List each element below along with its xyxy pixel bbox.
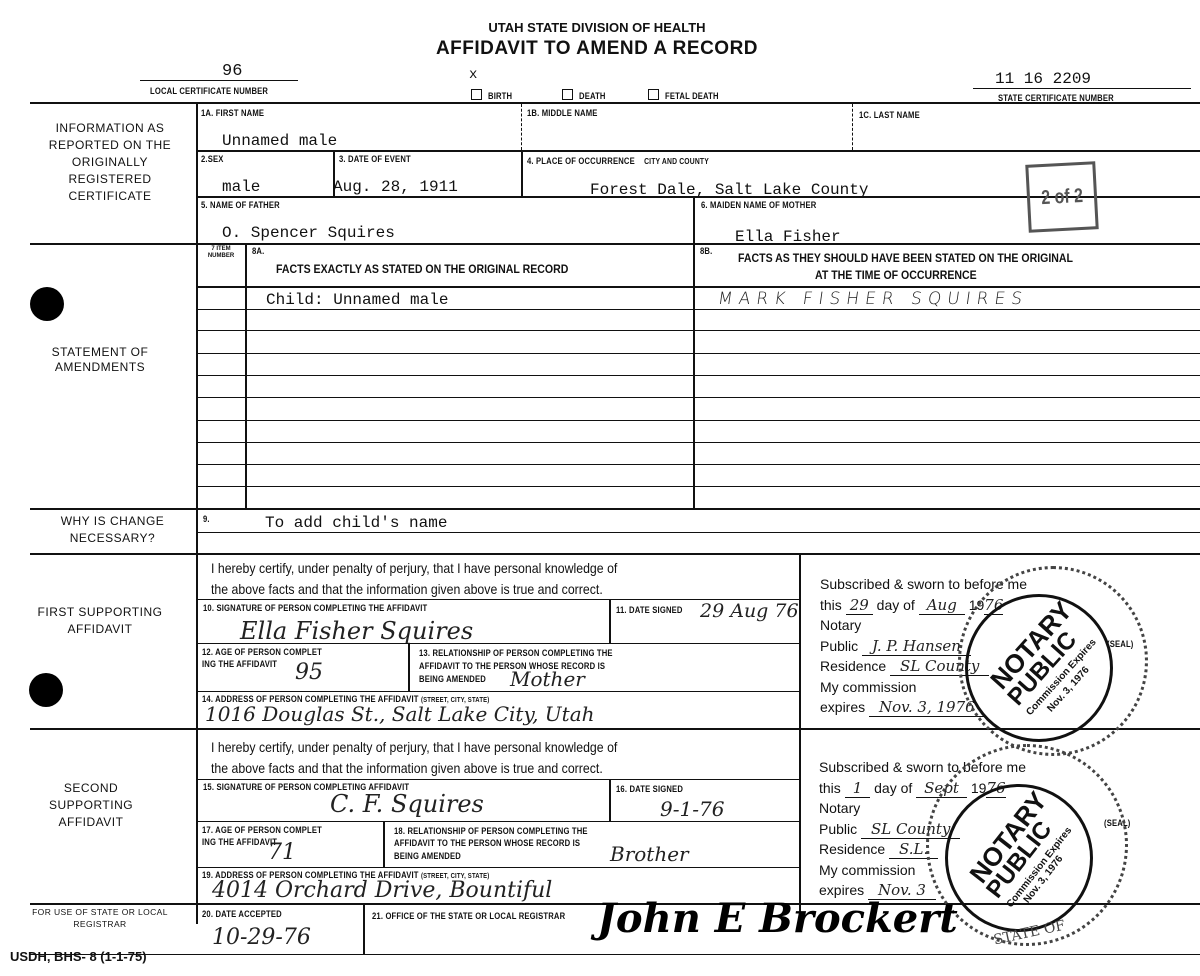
certification-line-1: I hereby certify, under penalty of perju… [211, 558, 617, 579]
relationship-label-cont: BEING AMENDED [394, 851, 461, 861]
divider [140, 80, 298, 81]
divider [196, 691, 800, 692]
signature-value: Ella Fisher Squires [240, 617, 473, 645]
relationship-value: Mother [510, 667, 585, 691]
divider [30, 954, 1200, 955]
section-label-amendments: STATEMENT OF AMENDMENTS [30, 345, 170, 375]
signature-label: 10. SIGNATURE OF PERSON COMPLETING THE A… [203, 603, 427, 613]
certification-line-1: I hereby certify, under penalty of perju… [211, 737, 617, 758]
divider [30, 508, 1200, 510]
date-accepted-value: 10-29-76 [212, 925, 311, 950]
divider [383, 821, 385, 867]
certification-line-2: the above facts and that the information… [211, 758, 603, 779]
divider [30, 553, 1200, 555]
date-signed-label: 16. DATE SIGNED [616, 784, 683, 794]
certification-line-2: the above facts and that the information… [211, 579, 603, 600]
address-value: 4014 Orchard Drive, Bountiful [212, 878, 552, 903]
reason-value: To add child's name [265, 514, 447, 532]
divider [196, 102, 198, 924]
age-value: 71 [268, 840, 296, 865]
local-certificate-label: LOCAL CERTIFICATE NUMBER [150, 86, 268, 96]
fetal-death-checkbox[interactable] [648, 89, 659, 100]
divider [30, 102, 1200, 104]
divider [196, 442, 1200, 443]
age-value: 95 [295, 660, 323, 685]
divider [408, 643, 410, 691]
col-b-header-line2: AT THE TIME OF OCCURRENCE [815, 268, 977, 282]
age-label: 12. AGE OF PERSON COMPLET [202, 647, 322, 657]
divider [973, 88, 1191, 89]
divider [196, 464, 1200, 465]
divider [852, 104, 853, 150]
col-a-number: 8A. [252, 246, 264, 256]
form-id: USDH, BHS- 8 (1-1-75) [10, 949, 147, 964]
local-certificate-number: 96 [222, 62, 242, 81]
sex-value: male [222, 178, 260, 196]
relationship-value: Brother [610, 842, 689, 866]
sex-label: 2.SEX [201, 154, 224, 164]
date-accepted-label: 20. DATE ACCEPTED [202, 909, 282, 919]
date-signed-value: 29 Aug 76 [700, 600, 799, 622]
page-count-stamp: 2 of 2 [1025, 161, 1098, 233]
form-title: AFFIDAVIT TO AMEND A RECORD [0, 38, 1194, 60]
divider [196, 330, 1200, 331]
signature-value: C. F. Squires [330, 790, 484, 818]
divider [363, 903, 365, 955]
first-name-label: 1A. FIRST NAME [201, 108, 264, 118]
middle-name-label: 1B. MIDDLE NAME [527, 108, 598, 118]
divider [196, 867, 800, 868]
first-name-value: Unnamed male [222, 132, 337, 150]
amendment-row-corrected: MARK FISHER SQUIRES [717, 289, 1030, 309]
item-number-label: 7 ITEM NUMBER [199, 246, 243, 260]
date-signed-label: 11. DATE SIGNED [616, 605, 683, 615]
section-label-first-affidavit: FIRST SUPPORTING AFFIDAVIT [30, 604, 170, 638]
date-of-event-value: Aug. 28, 1911 [333, 178, 458, 196]
divider [521, 104, 522, 150]
divider [196, 397, 1200, 398]
section-label-original: INFORMATION AS REPORTED ON THE ORIGINALL… [30, 120, 190, 205]
divider [196, 779, 800, 780]
record-type-mark: x [469, 67, 477, 83]
divider [30, 243, 1200, 245]
age-label: 17. AGE OF PERSON COMPLET [202, 825, 322, 835]
section-label-registrar: FOR USE OF STATE OR LOCAL REGISTRAR [30, 906, 170, 930]
last-name-label: 1C. LAST NAME [859, 110, 920, 120]
state-certificate-number: 11 16 2209 [995, 70, 1091, 88]
divider [196, 286, 1200, 288]
registrar-office-label: 21. OFFICE OF THE STATE OR LOCAL REGISTR… [372, 911, 565, 921]
divider [196, 486, 1200, 487]
registrar-signature: John E Brockert [597, 895, 958, 942]
divider [521, 150, 523, 196]
divider [609, 599, 611, 643]
father-label: 5. NAME OF FATHER [201, 200, 280, 210]
binder-hole [30, 287, 64, 321]
place-value: Forest Dale, Salt Lake County [590, 181, 868, 199]
col-b-number: 8B. [700, 246, 712, 256]
date-of-event-label: 3. DATE OF EVENT [339, 154, 411, 164]
divider [799, 553, 801, 924]
relationship-label-cont: AFFIDAVIT TO THE PERSON WHOSE RECORD IS [394, 838, 580, 848]
divider [196, 420, 1200, 421]
relationship-label: 18. RELATIONSHIP OF PERSON COMPLETING TH… [394, 826, 588, 836]
section-label-reason: WHY IS CHANGE NECESSARY? [30, 513, 195, 547]
age-label-cont: ING THE AFFIDAVIT [202, 837, 277, 847]
col-b-header-line1: FACTS AS THEY SHOULD HAVE BEEN STATED ON… [738, 251, 1073, 265]
birth-checkbox[interactable] [471, 89, 482, 100]
place-label: 4. PLACE OF OCCURRENCE CITY AND COUNTY [527, 156, 709, 166]
divider [196, 821, 800, 822]
agency-name: UTAH STATE DIVISION OF HEALTH [0, 20, 1194, 35]
mother-value: Ella Fisher [735, 228, 841, 246]
relationship-label-cont: BEING AMENDED [419, 674, 486, 684]
divider [196, 353, 1200, 354]
father-value: O. Spencer Squires [222, 224, 395, 242]
divider [693, 196, 695, 244]
date-signed-value: 9-1-76 [660, 797, 724, 821]
col-a-header: FACTS EXACTLY AS STATED ON THE ORIGINAL … [276, 262, 568, 276]
divider [196, 643, 800, 644]
divider [196, 532, 1200, 533]
divider [196, 375, 1200, 376]
mother-label: 6. MAIDEN NAME OF MOTHER [701, 200, 816, 210]
age-label-cont: ING THE AFFIDAVIT [202, 659, 277, 669]
section-label-second-affidavit: SECOND SUPPORTING AFFIDAVIT [30, 780, 152, 831]
relationship-label: 13. RELATIONSHIP OF PERSON COMPLETING TH… [419, 648, 613, 658]
divider [196, 150, 1200, 152]
divider [196, 309, 1200, 310]
reason-number: 9. [203, 514, 210, 524]
divider [609, 779, 611, 821]
binder-hole [29, 673, 63, 707]
amendment-row-original: Child: Unnamed male [266, 291, 448, 309]
death-checkbox[interactable] [562, 89, 573, 100]
address-value: 1016 Douglas St., Salt Lake City, Utah [205, 702, 595, 726]
